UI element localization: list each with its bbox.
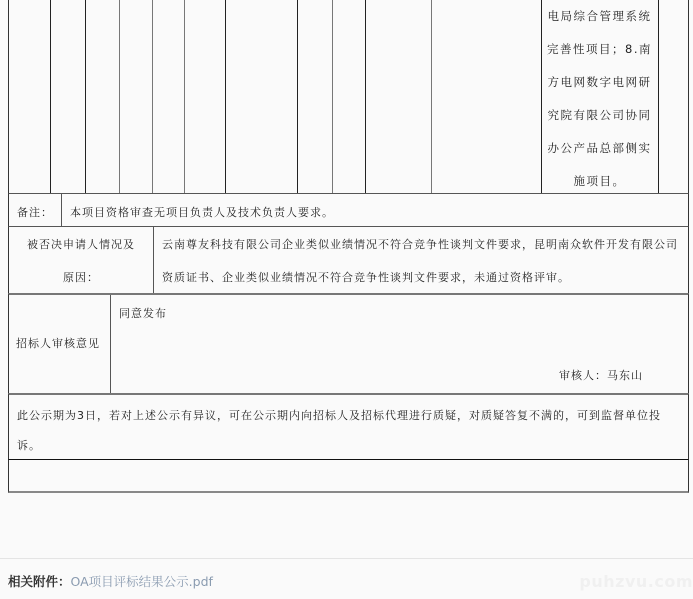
column-divider [365, 0, 366, 193]
column-divider [85, 0, 86, 193]
empty-row [8, 459, 689, 493]
notice-text: 此公示期为3日，若对上述公示有异议，可在公示期内向招标人及招标代理进行质疑，对质… [9, 395, 688, 459]
column-divider [152, 0, 153, 193]
tenderer-review-label: 招标人审核意见 [9, 295, 111, 393]
column-divider [119, 0, 120, 193]
attachment-section: 相关附件：OA项目评标结果公示.pdf [8, 572, 213, 590]
remark-row: 备注： 本项目资格审查无项目负责人及技术负责人要求。 [8, 193, 689, 226]
text-line: 资质证书、企业类似业绩情况不符合竞争性谈判文件要求，未通过资格评审。 [162, 261, 678, 294]
notice-row: 此公示期为3日，若对上述公示有异议，可在公示期内向招标人及招标代理进行质疑，对质… [8, 393, 689, 459]
cell-text-line: 究院有限公司协同 [541, 99, 658, 132]
project-experience-cell: 电局综合管理系统 完善性项目；8.南 方电网数字电网研 究院有限公司协同 办公产… [541, 0, 658, 193]
cell-text-line: 电局综合管理系统 [541, 0, 658, 33]
attachment-label: 相关附件： [8, 574, 71, 589]
column-divider [184, 0, 185, 193]
bidder-table-fragment: 电局综合管理系统 完善性项目；8.南 方电网数字电网研 究院有限公司协同 办公产… [8, 0, 689, 193]
review-opinion: 同意发布 [119, 305, 688, 321]
reviewer-name: 审核人：马东山 [559, 367, 643, 383]
rejected-applicants-text: 云南尊友科技有限公司企业类似业绩情况不符合竞争性谈判文件要求，昆明南众软件开发有… [154, 227, 678, 293]
column-divider [431, 0, 432, 193]
column-divider [658, 0, 659, 193]
rejected-applicants-row: 被否决申请人情况及 原因： 云南尊友科技有限公司企业类似业绩情况不符合竞争性谈判… [8, 226, 689, 293]
label-line: 被否决申请人情况及 [9, 228, 153, 261]
watermark: puhzvu.com [579, 572, 693, 591]
column-divider [297, 0, 298, 193]
column-divider [50, 0, 51, 193]
column-divider [332, 0, 333, 193]
remark-label: 备注： [9, 194, 62, 226]
tenderer-review-row: 招标人审核意见 同意发布 审核人：马东山 [8, 293, 689, 393]
attachment-link[interactable]: OA项目评标结果公示.pdf [71, 574, 213, 589]
label-line: 原因： [9, 261, 153, 294]
text-line: 云南尊友科技有限公司企业类似业绩情况不符合竞争性谈判文件要求，昆明南众软件开发有… [162, 228, 678, 261]
cell-text-line: 办公产品总部侧实 [541, 132, 658, 165]
tenderer-review-content: 同意发布 审核人：马东山 [111, 295, 688, 393]
divider [0, 558, 693, 559]
cell-text-line: 完善性项目；8.南 [541, 33, 658, 66]
column-divider [225, 0, 226, 193]
cell-text-line: 方电网数字电网研 [541, 66, 658, 99]
rejected-applicants-label: 被否决申请人情况及 原因： [9, 227, 154, 293]
remark-text: 本项目资格审查无项目负责人及技术负责人要求。 [62, 194, 334, 226]
